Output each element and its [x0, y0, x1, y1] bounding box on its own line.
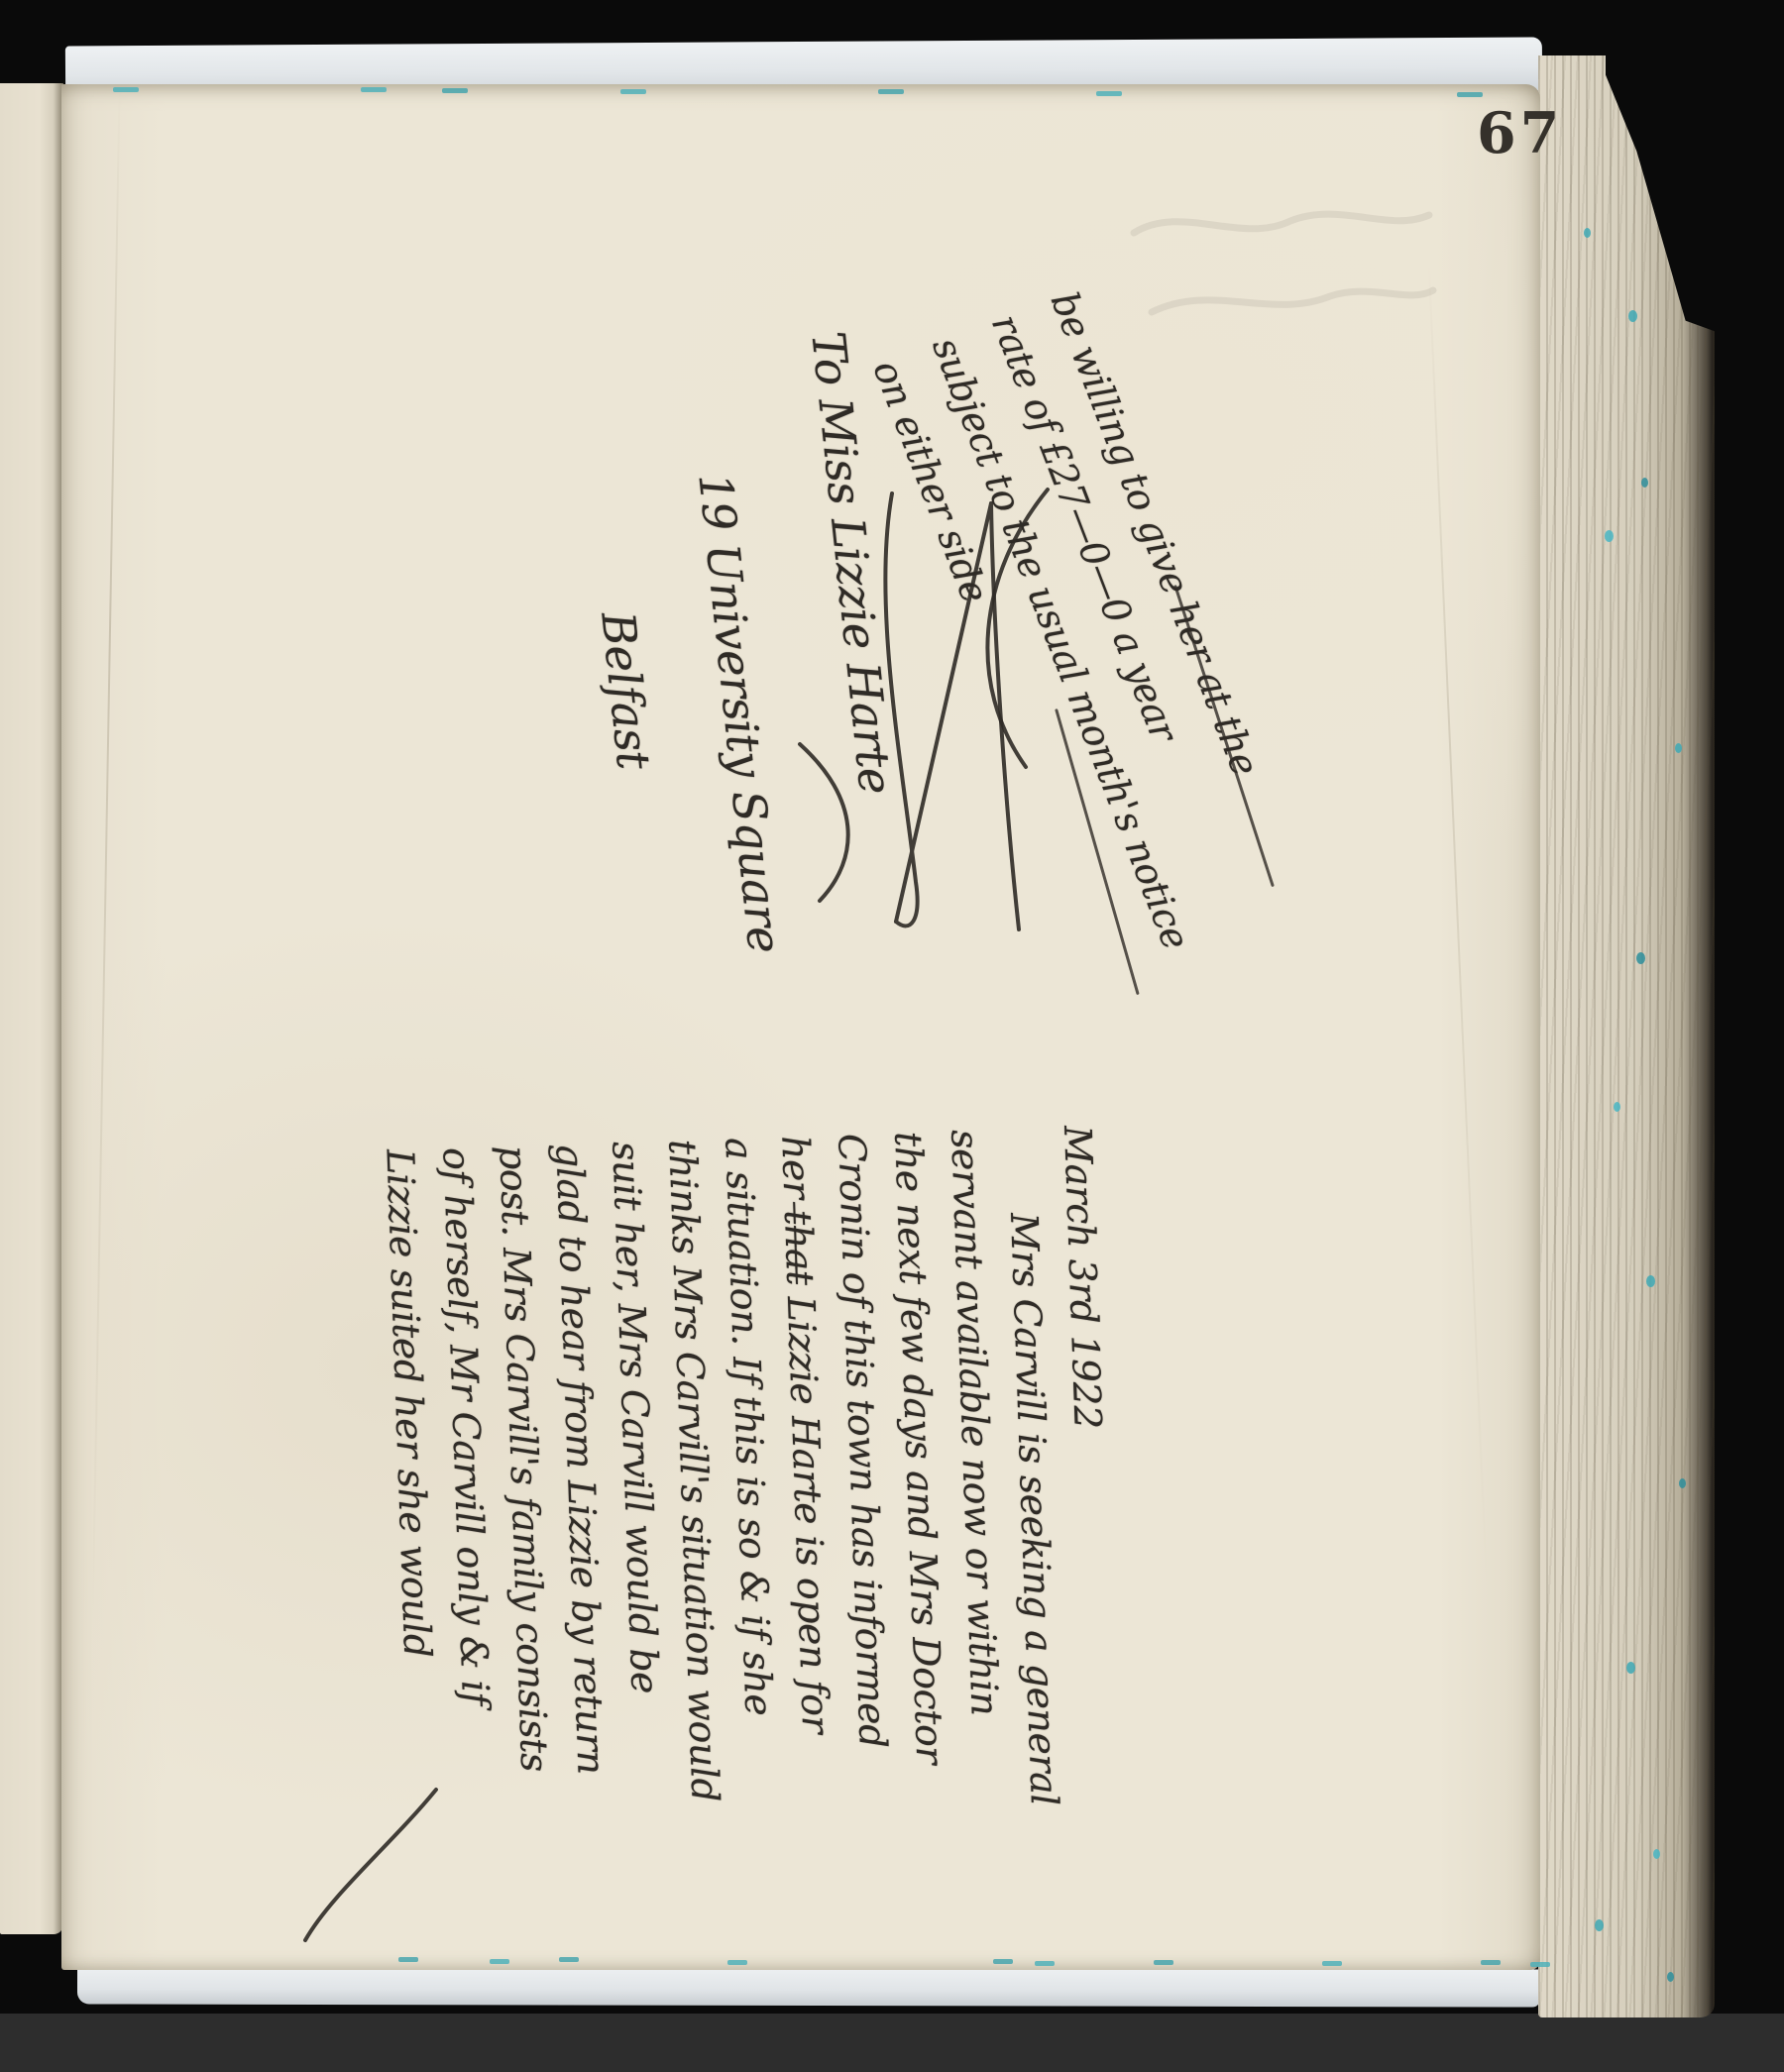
- ink-offset-marks-top: [113, 87, 139, 92]
- paper-crease: [91, 84, 120, 1630]
- letter-entry-block: March 3rd 1922 Mrs Carvill is seeking a …: [371, 1125, 1128, 1828]
- ink-offset-marks-bottom: [398, 1957, 418, 1962]
- manuscript-page: 67 be willing to give her at the rate of…: [61, 84, 1540, 1970]
- address-city-line: Belfast: [591, 609, 660, 772]
- pen-flourish-underline: [297, 1784, 446, 1952]
- left-page-gutter: [0, 83, 63, 1934]
- ink-bleed-ghost: [1122, 193, 1439, 352]
- address-street-line: 19 University Square: [688, 471, 792, 955]
- table-surface: [0, 2014, 1784, 2072]
- page-number: 67: [1477, 100, 1563, 166]
- copying-ink-specks: [1584, 228, 1591, 238]
- paper-crease: [1428, 264, 1488, 1590]
- pen-flourish-curve: [948, 486, 1067, 773]
- book-fore-edge-stack: [1538, 55, 1715, 2017]
- photo-backdrop: 67 be willing to give her at the rate of…: [0, 0, 1784, 2072]
- tissue-interleaf-bottom-edge: [77, 1966, 1540, 2007]
